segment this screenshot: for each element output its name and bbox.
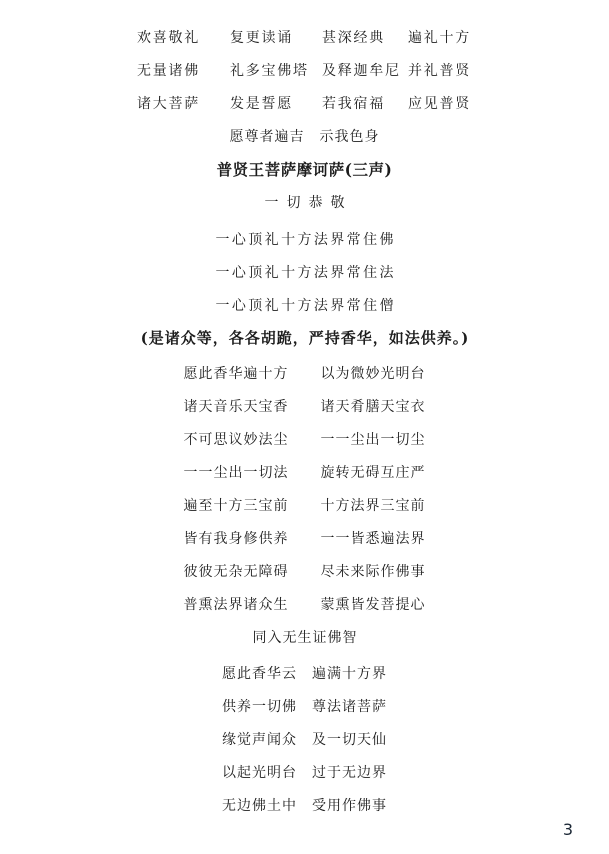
verse-phrase: 发是誓愿 xyxy=(230,93,322,113)
couplet-right: 尽未来际作佛事 xyxy=(321,561,426,581)
homage-line: 一心顶礼十方法界常住法 xyxy=(0,255,609,288)
verse-phrase: 愿尊者遍吉 xyxy=(230,126,305,146)
verse-phrase: 应见普贤 xyxy=(408,93,609,113)
couplet-left: 愿此香华遍十方 xyxy=(184,363,289,383)
page-number: 3 xyxy=(563,820,573,839)
verse-phrase: 欢喜敬礼 xyxy=(137,27,230,47)
homage-block: 一心顶礼十方法界常住佛 一心顶礼十方法界常住法 一心顶礼十方法界常住僧 (是诸众… xyxy=(0,222,609,354)
verse-phrase: 礼多宝佛塔 xyxy=(230,60,322,80)
couplet-right: 过于无边界 xyxy=(312,762,387,782)
couplet-right: 蒙熏皆发菩提心 xyxy=(321,594,426,614)
incense-verse-block: 愿此香华遍十方 以为微妙光明台 诸天音乐天宝香 诸天肴膳天宝衣 不可思议妙法尘 … xyxy=(0,356,609,653)
couplet-left: 愿此香华云 xyxy=(222,663,297,683)
couplet-left: 普熏法界诸众生 xyxy=(184,594,289,614)
document-page: 欢喜敬礼 复更读诵 甚深经典 遍礼十方 无量诸佛 礼多宝佛塔 及释迦牟尼 并礼普… xyxy=(0,0,609,854)
couplet-right: 一一尘出一切尘 xyxy=(321,429,426,449)
verse-phrase: 遍礼十方 xyxy=(408,27,609,47)
couplet-left: 诸天音乐天宝香 xyxy=(184,396,289,416)
couplet-right: 遍满十方界 xyxy=(312,663,387,683)
couplet-right: 十方法界三宝前 xyxy=(321,495,426,515)
couplet-left: 皆有我身修供养 xyxy=(184,528,289,548)
couplet-row: 一一尘出一切法 旋转无碍互庄严 xyxy=(0,455,609,488)
couplet-row: 供养一切佛 尊法诸菩萨 xyxy=(0,689,609,722)
couplet-left: 遍至十方三宝前 xyxy=(184,495,289,515)
couplet-row: 缘觉声闻众 及一切天仙 xyxy=(0,722,609,755)
couplet-row: 愿此香华遍十方 以为微妙光明台 xyxy=(0,356,609,389)
opening-verse-row: 诸大菩萨 发是誓愿 若我宿福 应见普贤 xyxy=(137,86,609,119)
verse-phrase: 甚深经典 xyxy=(322,27,408,47)
couplet-row: 愿此香华云 遍满十方界 xyxy=(0,656,609,689)
couplet-row: 以起光明台 过于无边界 xyxy=(0,755,609,788)
couplet-right: 受用作佛事 xyxy=(312,795,387,815)
incense-verse-closing-line: 同入无生证佛智 xyxy=(0,620,609,653)
verse-phrase: 及释迦牟尼 xyxy=(322,60,408,80)
couplet-left: 彼彼无杂无障碍 xyxy=(184,561,289,581)
couplet-right: 尊法诸菩萨 xyxy=(312,696,387,716)
couplet-row: 遍至十方三宝前 十方法界三宝前 xyxy=(0,488,609,521)
couplet-row: 普熏法界诸众生 蒙熏皆发菩提心 xyxy=(0,587,609,620)
couplet-left: 缘觉声闻众 xyxy=(222,729,297,749)
couplet-right: 一一皆悉遍法界 xyxy=(321,528,426,548)
verse-phrase: 示我色身 xyxy=(320,126,380,146)
homage-intro: 一切恭敬 xyxy=(0,185,609,218)
couplet-row: 彼彼无杂无障碍 尽未来际作佛事 xyxy=(0,554,609,587)
verse-phrase: 若我宿福 xyxy=(322,93,408,113)
couplet-left: 供养一切佛 xyxy=(222,696,297,716)
couplet-row: 无边佛土中 受用作佛事 xyxy=(0,788,609,821)
couplet-right: 诸天肴膳天宝衣 xyxy=(321,396,426,416)
opening-verse-closing-pair: 愿尊者遍吉 示我色身 xyxy=(0,119,609,152)
ritual-instruction: (是诸众等，各各胡跪，严持香华，如法供养。) xyxy=(0,321,609,354)
homage-line: 一心顶礼十方法界常住佛 xyxy=(0,222,609,255)
couplet-left: 以起光明台 xyxy=(222,762,297,782)
opening-verse-row: 欢喜敬礼 复更读诵 甚深经典 遍礼十方 xyxy=(137,20,609,53)
verse-phrase: 诸大菩萨 xyxy=(137,93,230,113)
couplet-row: 皆有我身修供养 一一皆悉遍法界 xyxy=(0,521,609,554)
cloud-verse-block: 愿此香华云 遍满十方界 供养一切佛 尊法诸菩萨 缘觉声闻众 及一切天仙 以起光明… xyxy=(0,656,609,821)
couplet-row: 诸天音乐天宝香 诸天肴膳天宝衣 xyxy=(0,389,609,422)
section-title: 普贤王菩萨摩诃萨(三声) xyxy=(0,152,609,185)
couplet-right: 以为微妙光明台 xyxy=(321,363,426,383)
opening-verse-row: 无量诸佛 礼多宝佛塔 及释迦牟尼 并礼普贤 xyxy=(137,53,609,86)
couplet-left: 不可思议妙法尘 xyxy=(184,429,289,449)
couplet-right: 及一切天仙 xyxy=(312,729,387,749)
page-content: 欢喜敬礼 复更读诵 甚深经典 遍礼十方 无量诸佛 礼多宝佛塔 及释迦牟尼 并礼普… xyxy=(0,0,609,821)
couplet-left: 一一尘出一切法 xyxy=(184,462,289,482)
homage-line: 一心顶礼十方法界常住僧 xyxy=(0,288,609,321)
couplet-row: 不可思议妙法尘 一一尘出一切尘 xyxy=(0,422,609,455)
verse-phrase: 复更读诵 xyxy=(230,27,322,47)
couplet-right: 旋转无碍互庄严 xyxy=(321,462,426,482)
couplet-left: 无边佛土中 xyxy=(222,795,297,815)
verse-phrase: 无量诸佛 xyxy=(137,60,230,80)
verse-phrase: 并礼普贤 xyxy=(408,60,609,80)
